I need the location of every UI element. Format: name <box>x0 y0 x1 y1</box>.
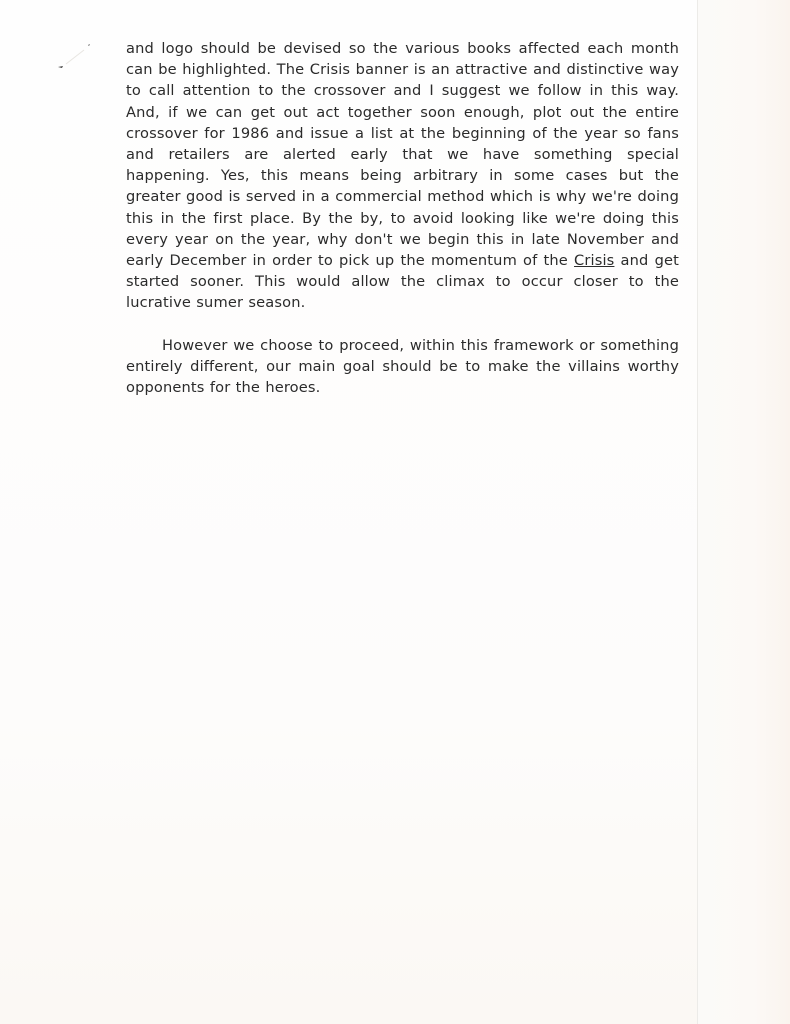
paragraph-1-text: and logo should be devised so the variou… <box>126 40 679 269</box>
paragraph-2: However we choose to proceed, within thi… <box>126 335 679 399</box>
document-page: and logo should be devised so the variou… <box>0 0 790 1024</box>
paper-edge-strip <box>697 0 790 1024</box>
paragraph-1: and logo should be devised so the variou… <box>126 38 679 314</box>
underlined-title-crisis: Crisis <box>574 252 614 269</box>
stray-ink-mark-icon <box>50 40 94 72</box>
document-body: and logo should be devised so the variou… <box>126 38 679 398</box>
